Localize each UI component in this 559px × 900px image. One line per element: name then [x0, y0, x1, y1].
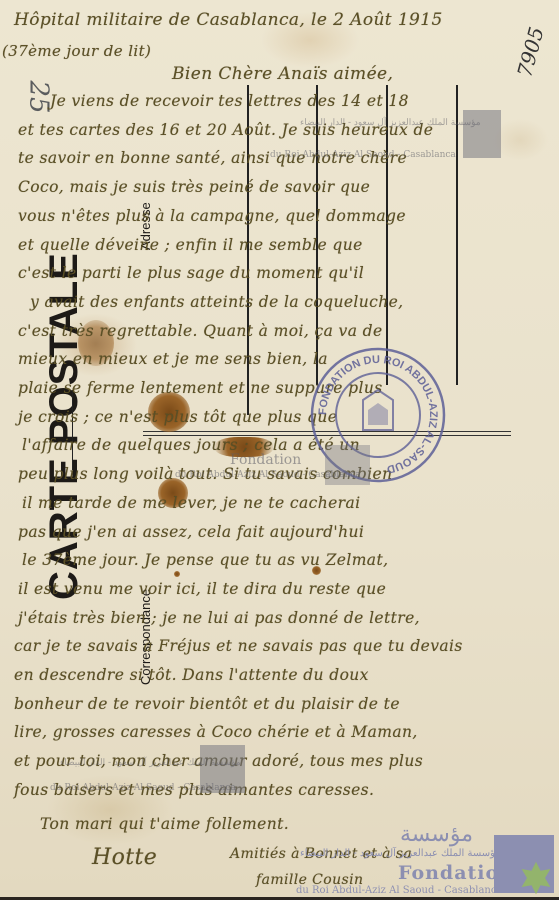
- letter-line: lire, grosses caresses à Coco chérie et …: [14, 723, 418, 741]
- letter-line: en descendre si tôt. Dans l'attente du d…: [14, 666, 369, 684]
- watermark-subtitle: du Roi Abdul-Aziz Al Saoud - Casablanca: [175, 470, 361, 480]
- stain: [174, 571, 180, 577]
- watermark-arabic: مؤسسة الملك عبدالعزيز آل سعود - الدار ال…: [60, 758, 241, 768]
- letter-line: vous n'êtes plus à la campagne, quel dom…: [18, 207, 406, 225]
- watermark-arabic: مؤسسة الملك عبدالعزيز آل سعود - الدار ال…: [300, 118, 481, 128]
- letter-line: c'est le parti le plus sage du moment qu…: [18, 264, 364, 282]
- foundation-arabic-subtitle: مؤسسة الملك عبدالعزيز آل سعود - الدار ال…: [300, 848, 501, 859]
- foundation-arabic-title: مؤسسة: [400, 822, 473, 847]
- watermark-subtitle: du Roi Abdul-Aziz Al Saoud - Casablanca: [270, 150, 456, 160]
- letter-line: j'étais très bien ; je ne lui ai pas don…: [18, 609, 420, 627]
- letter-line: je crois ; ce n'est plus tôt que plus qu…: [18, 408, 337, 426]
- letter-line: il est venu me voir ici, il te dira du r…: [18, 580, 386, 598]
- letter-line: pas que j'en ai assez, cela fait aujourd…: [18, 523, 364, 541]
- letter-line: c'est très regrettable. Quant à moi, ça …: [18, 322, 383, 340]
- address-divider-line: [456, 85, 458, 385]
- letter-line: car je te savais à Fréjus et ne savais p…: [14, 637, 463, 655]
- letter-line: il me tarde de me lever, je ne te cacher…: [22, 494, 360, 512]
- postcard-back: CARTE POSTALE Adresse Correspondance 25 …: [0, 0, 559, 900]
- archive-number-right: 7905: [512, 24, 548, 79]
- letter-line: y avait des enfants atteints de la coque…: [30, 293, 404, 311]
- correspondence-divider-line: [72, 390, 73, 470]
- letter-line: bonheur de te revoir bientôt et du plais…: [14, 695, 400, 713]
- salutation: Bien Chère Anaïs aimée,: [172, 64, 393, 84]
- signature: Hotte: [92, 845, 157, 870]
- closing-line: Ton mari qui t'aime follement.: [40, 815, 289, 833]
- letter-line: Coco, mais je suis très peiné de savoir …: [18, 178, 370, 196]
- letter-line: le 37ème jour. Je pense que tu as vu Zel…: [22, 551, 388, 569]
- letter-line: Je viens de recevoir tes lettres des 14 …: [50, 92, 409, 110]
- header-bed-day: (37ème jour de lit): [2, 42, 151, 60]
- foundation-subtitle: du Roi Abdul-Aziz Al Saoud - Casablanca: [296, 885, 502, 896]
- watermark-subtitle: du Roi Abdul-Aziz Al Saoud - Casablanca: [50, 783, 236, 793]
- watermark-latin: Fondation: [230, 452, 301, 468]
- foundation-logo-star-icon: [518, 860, 554, 896]
- letter-line: et quelle déveine ; enfin il me semble q…: [18, 236, 363, 254]
- letter-line: mieux en mieux et je me sens bien, la: [18, 350, 328, 368]
- header-place-date: Hôpital militaire de Casablanca, le 2 Ao…: [14, 10, 443, 30]
